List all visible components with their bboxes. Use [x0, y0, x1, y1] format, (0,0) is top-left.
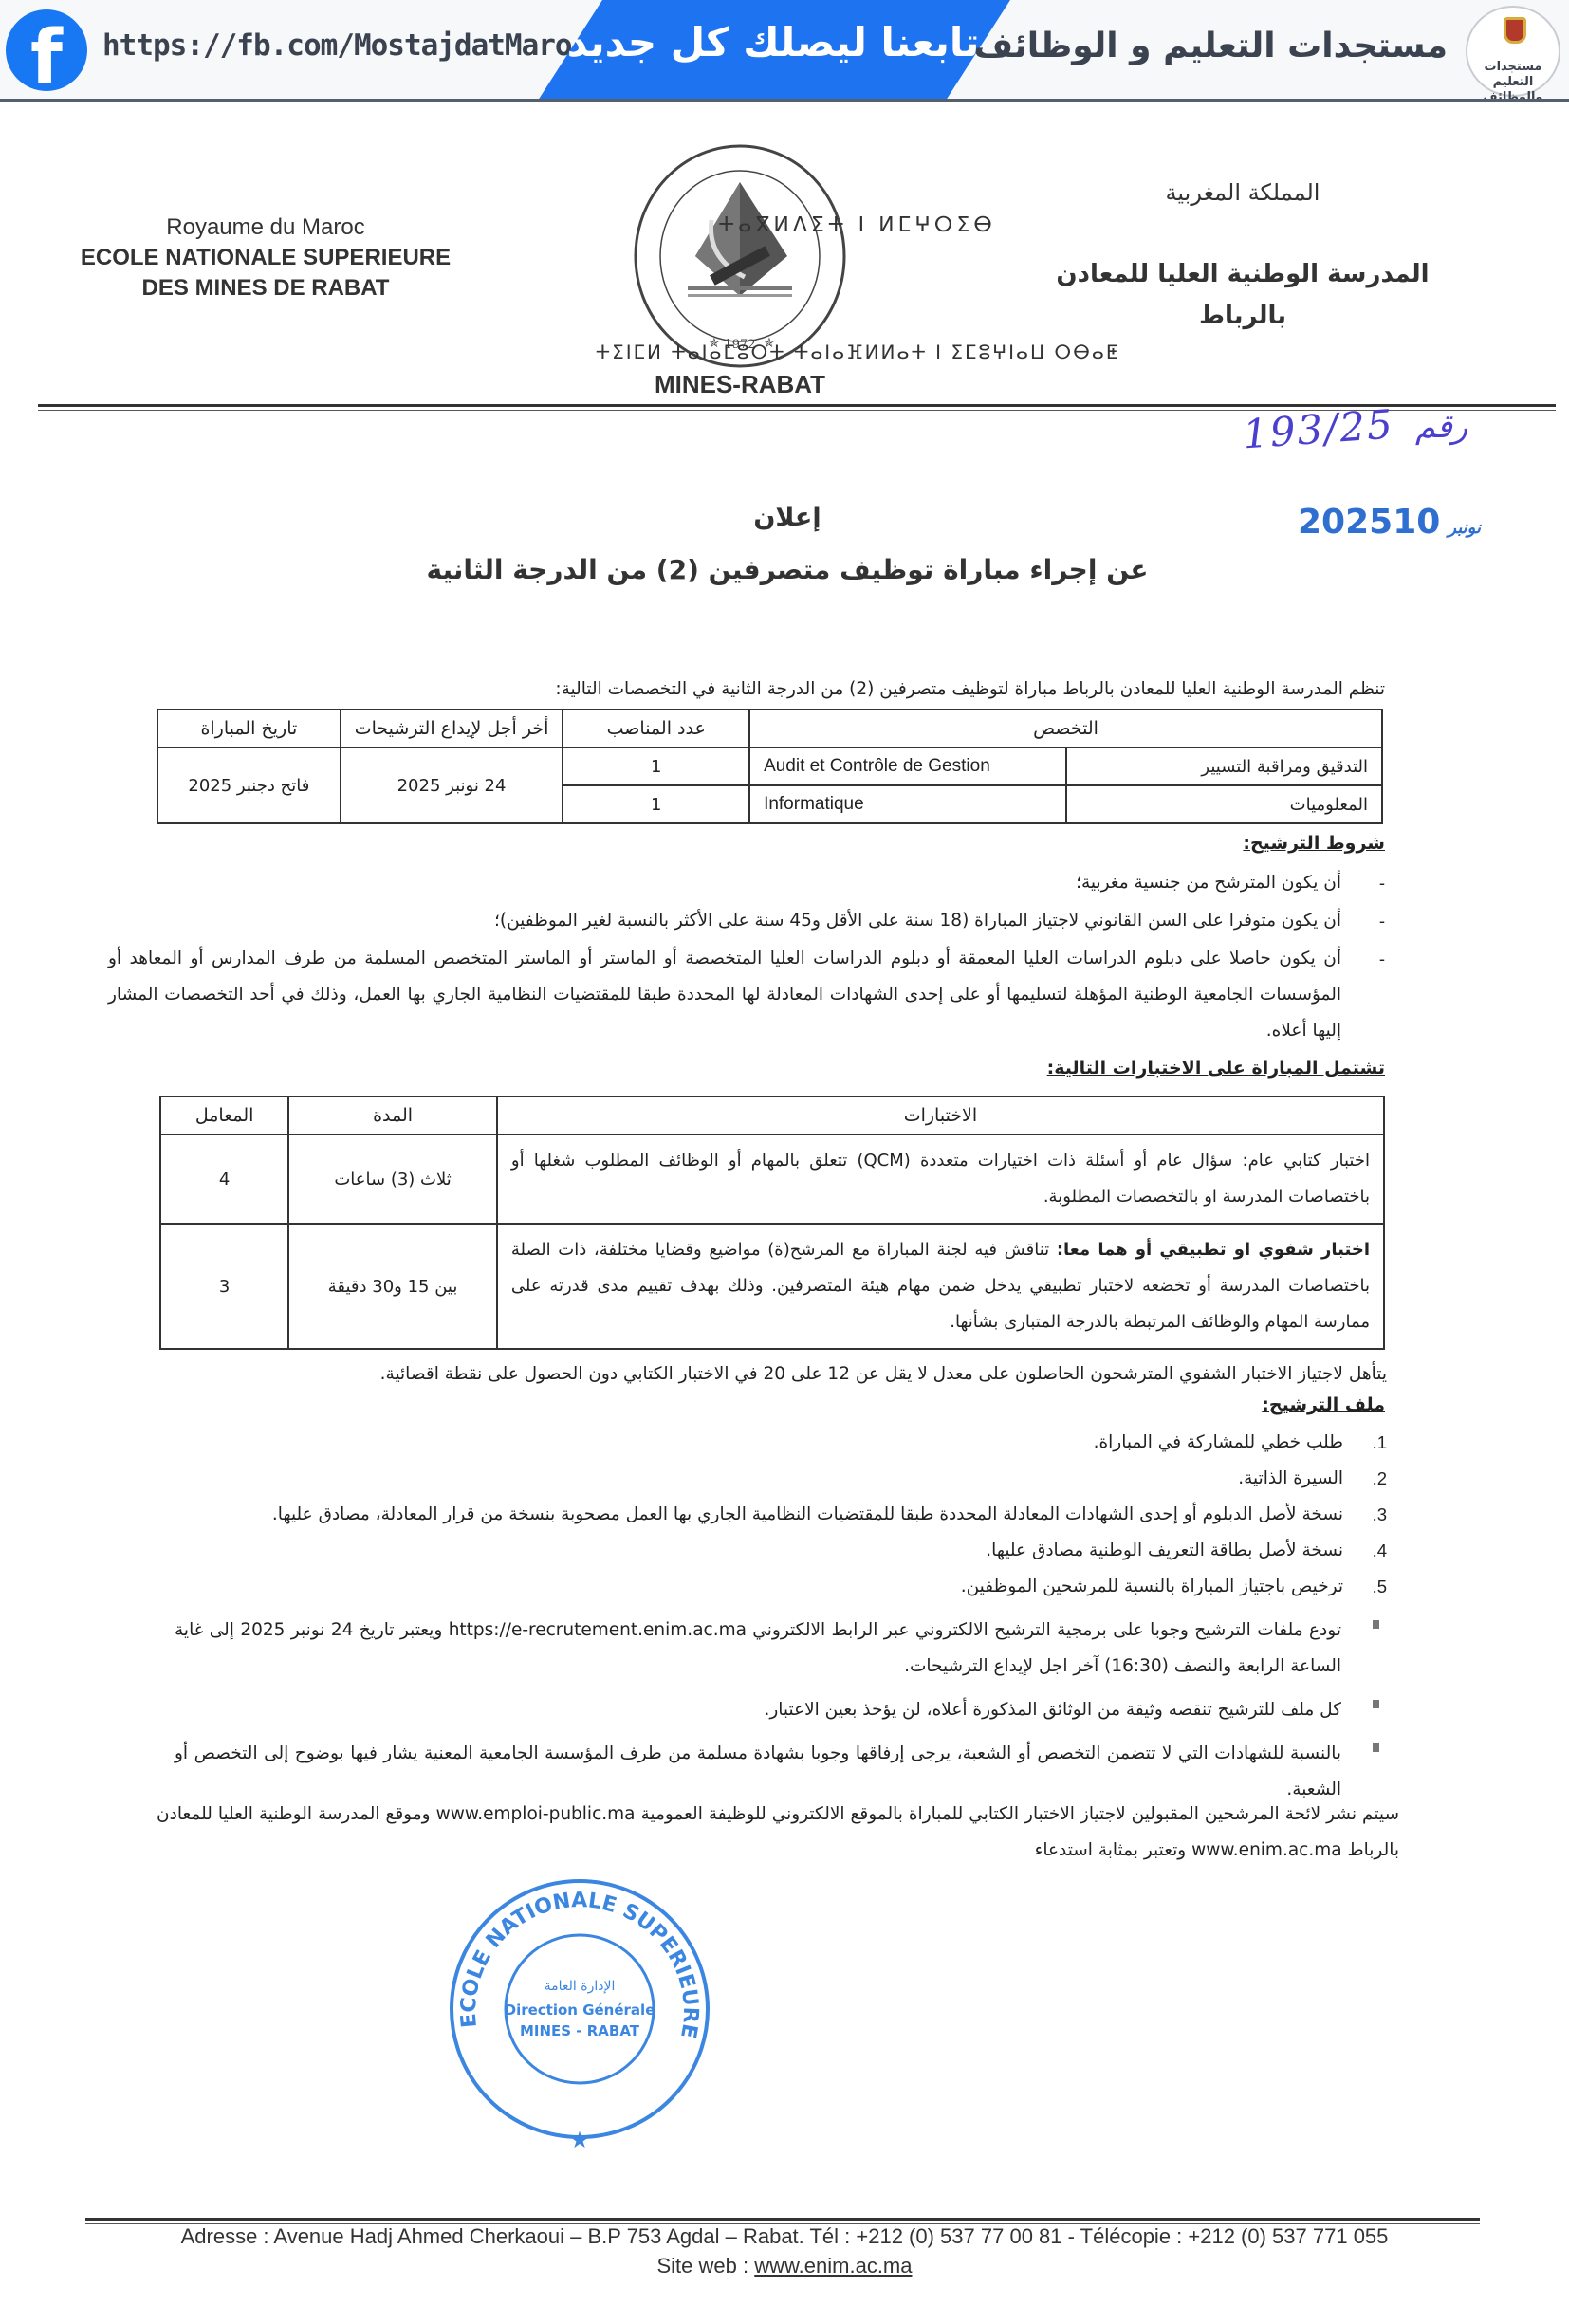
- table-row: اختبار كتابي عام: سؤال عام أو أسئلة ذات …: [160, 1134, 1384, 1224]
- position-count: 1: [563, 747, 749, 785]
- list-item: -أن يكون متوفرا على السن القانوني لاجتيا…: [322, 909, 1341, 933]
- qualification-note: يتأهل لاجتياز الاختبار الشفوي المترشحون …: [157, 1362, 1387, 1387]
- application-file-heading: ملف الترشيح:: [1262, 1394, 1385, 1415]
- coat-of-arms-icon: [1504, 17, 1526, 44]
- school-name-tifinagh: ⵜⵉⵏⵎⵍ ⵜⴰⵏⴰⵎⵓⵔⵜ ⵜⴰⵏⴰⴼⵍⵍⴰⵜ ⵏ ⵉⵎⵓⵖⵏⴰⵡ ⵔⴱⴰⵟ: [245, 337, 1470, 367]
- svg-text:Direction Générale: Direction Générale: [505, 2001, 655, 2019]
- website-label: Site web :: [657, 2254, 755, 2278]
- list-item: -أن يكون المترشح من جنسية مغربية؛: [322, 871, 1341, 895]
- brand-name: مستجدات التعليم و الوظائف: [973, 27, 1448, 65]
- exam-description: اختبار شفوي او تطبيقي أو هما معا: تناقش …: [497, 1224, 1384, 1349]
- date-month: نونبر: [1448, 518, 1481, 538]
- table-row: التدقيق ومراقبة التسيير Audit et Contrôl…: [157, 747, 1382, 785]
- conditions-heading: شروط الترشيح:: [1243, 833, 1385, 854]
- list-item: كل ملف للترشيح تنقصه وثيقة من الوثائق ال…: [175, 1692, 1341, 1728]
- emblem-label: MINES-RABAT: [607, 370, 873, 399]
- intro-text: تنظم المدرسة الوطنية العليا للمعادن بالر…: [157, 677, 1385, 702]
- specialty-fr: Audit et Contrôle de Gestion: [749, 747, 1066, 785]
- footer-address: Adresse : Avenue Hadj Ahmed Cherkaoui – …: [57, 2224, 1512, 2249]
- table-row: اختبار شفوي او تطبيقي أو هما معا: تناقش …: [160, 1224, 1384, 1349]
- follow-text: تابعنا ليصلك كل جديد: [536, 19, 1010, 65]
- promo-banner: f https://fb.com/MostajdatMaroc تابعنا ل…: [0, 0, 1569, 102]
- date-day: 10: [1393, 503, 1440, 542]
- exams-table: الاختبارات المدة المعامل اختبار كتابي عا…: [159, 1096, 1385, 1350]
- facebook-url[interactable]: https://fb.com/MostajdatMaroc: [102, 28, 588, 63]
- deadline-value: 24 نونبر 2025: [341, 747, 563, 823]
- header-tests: الاختبارات: [497, 1097, 1384, 1134]
- conditions-list: -أن يكون المترشح من جنسية مغربية؛ -أن يك…: [322, 871, 1341, 1049]
- header-duration: المدة: [288, 1097, 497, 1134]
- specialty-fr: Informatique: [749, 785, 1066, 823]
- list-item: 1.طلب خطي للمشاركة في المباراة.: [176, 1430, 1343, 1455]
- header-count: عدد المناصب: [563, 710, 749, 747]
- header-specialty: التخصص: [749, 710, 1382, 747]
- square-bullet-icon: [1373, 1620, 1379, 1629]
- official-seal-icon: ECOLE NATIONALE SUPERIEURE DES MINES DE …: [425, 1876, 734, 2151]
- exams-header-row: الاختبارات المدة المعامل: [160, 1097, 1384, 1134]
- positions-table: التخصص عدد المناصب أخر أجل لإيداع الترشي…: [157, 709, 1383, 824]
- notes-list: تودع ملفات الترشيح وجوبا على برمجية التر…: [175, 1613, 1341, 1808]
- letterhead-arabic: المملكة المغربية ⵜⴰⴳⵍⴷⵉⵜ ⵏ ⵍⵎⵖⵔⵉⴱ المدرس…: [1015, 175, 1470, 367]
- svg-text:الإدارة العامة: الإدارة العامة: [545, 1979, 616, 1994]
- list-item: 5.ترخيص باجتياز المباراة بالنسبة للمرشحي…: [176, 1575, 1343, 1599]
- school-name-fr-2: DES MINES DE RABAT: [57, 273, 474, 304]
- svg-text:★: ★: [569, 2128, 590, 2151]
- square-bullet-icon: [1373, 1743, 1379, 1752]
- reference-label: رقم: [1415, 408, 1467, 446]
- specialty-ar: التدقيق ومراقبة التسيير: [1066, 747, 1382, 785]
- exam-duration: ثلاث (3) ساعات: [288, 1134, 497, 1224]
- list-item: 4.نسخة لأصل بطاقة التعريف الوطنية مصادق …: [176, 1539, 1343, 1563]
- header-coefficient: المعامل: [160, 1097, 288, 1134]
- facebook-icon[interactable]: f: [6, 9, 87, 91]
- school-name-ar: المدرسة الوطنية العليا للمعادن بالرباط: [1015, 253, 1470, 337]
- school-name-fr-1: ECOLE NATIONALE SUPERIEURE: [57, 243, 474, 273]
- website-link[interactable]: www.enim.ac.ma: [754, 2254, 912, 2278]
- announcement-subtitle: عن إجراء مباراة توظيف متصرفين (2) من الد…: [398, 554, 1176, 585]
- specialty-ar: المعلوميات: [1066, 785, 1382, 823]
- exam-coefficient: 4: [160, 1134, 288, 1224]
- closing-text: سيتم نشر لائحة المرشحين المقبولين لاجتيا…: [157, 1797, 1399, 1869]
- brand-logo-text: مستجدات التعليم والوظائف: [1467, 59, 1559, 102]
- exam-duration: بين 15 و30 دقيقة: [288, 1224, 497, 1349]
- header-deadline: أخر أجل لإيداع الترشيحات: [341, 710, 563, 747]
- application-file-list: 1.طلب خطي للمشاركة في المباراة. 2.السيرة…: [176, 1430, 1343, 1599]
- reference-number: 193/25: [1241, 400, 1395, 457]
- exam-coefficient: 3: [160, 1224, 288, 1349]
- position-count: 1: [563, 785, 749, 823]
- banner-divider: [0, 99, 1569, 102]
- footer-rule: [85, 2218, 1480, 2221]
- list-item: 3.نسخة لأصل الدبلوم أو إحدى الشهادات الم…: [176, 1503, 1343, 1527]
- exam-date-value: فاتح دجنبر 2025: [157, 747, 341, 823]
- brand-logo: مستجدات التعليم والوظائف: [1466, 6, 1560, 97]
- list-item: 2.السيرة الذاتية.: [176, 1466, 1343, 1491]
- date-year: 2025: [1298, 503, 1393, 542]
- kingdom-ar: المملكة المغربية: [1015, 175, 1470, 210]
- positions-header-row: التخصص عدد المناصب أخر أجل لإيداع الترشي…: [157, 710, 1382, 747]
- square-bullet-icon: [1373, 1700, 1379, 1708]
- date-stamp: 2025نونبر10: [1298, 503, 1488, 542]
- exams-heading: تشتمل المباراة على الاختبارات التالية:: [1047, 1058, 1385, 1079]
- list-item: تودع ملفات الترشيح وجوبا على برمجية التر…: [175, 1613, 1341, 1685]
- list-item: -أن يكون حاصلا على دبلوم الدراسات العليا…: [108, 941, 1341, 1049]
- header-exam-date: تاريخ المباراة: [157, 710, 341, 747]
- kingdom-tifinagh: ⵜⴰⴳⵍⴷⵉⵜ ⵏ ⵍⵎⵖⵔⵉⴱ: [244, 210, 1470, 242]
- svg-text:MINES - RABAT: MINES - RABAT: [520, 2022, 640, 2039]
- exam-description: اختبار كتابي عام: سؤال عام أو أسئلة ذات …: [497, 1134, 1384, 1224]
- announcement-title: إعلان: [569, 503, 1006, 532]
- footer-website: Site web : www.enim.ac.ma: [57, 2254, 1512, 2278]
